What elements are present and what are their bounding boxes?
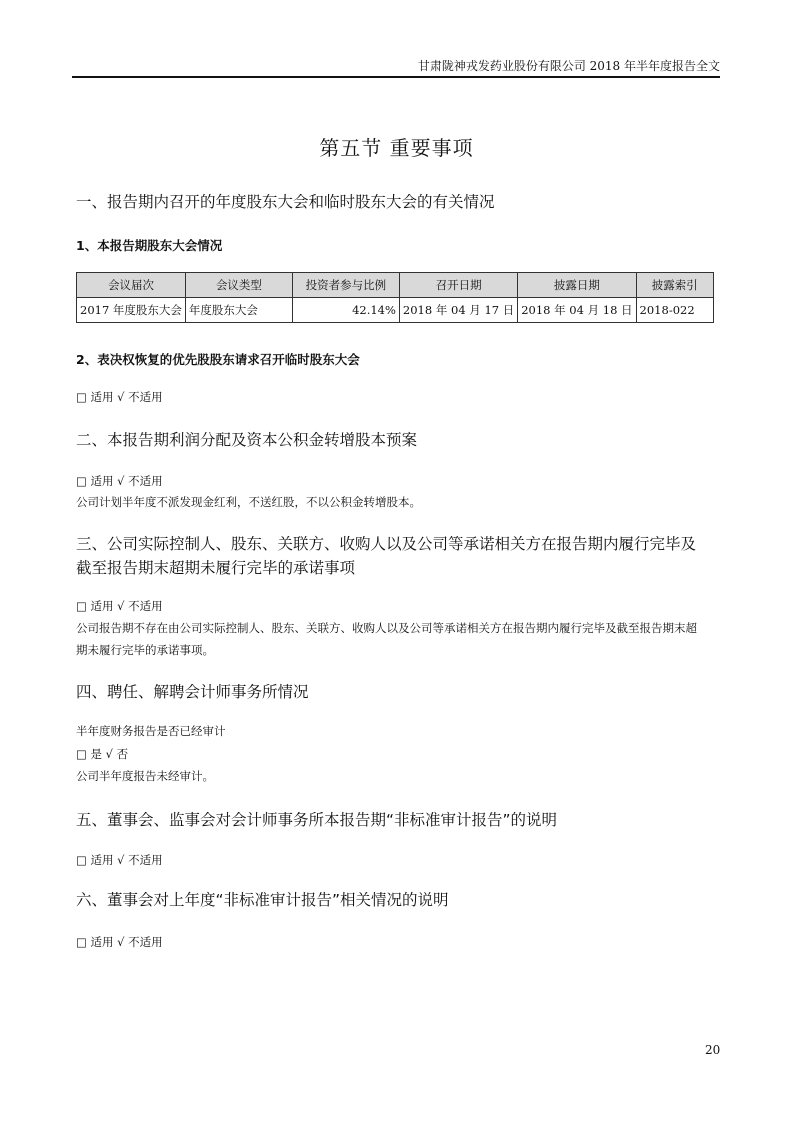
running-header: 甘肃陇神戎发药业股份有限公司 2018 年半年度报告全文 [72, 58, 720, 78]
table-header-row: 会议届次 会议类型 投资者参与比例 召开日期 披露日期 披露索引 [77, 273, 714, 298]
cell-held-date: 2018 年 04 月 17 日 [399, 298, 517, 323]
applicability-mark: □ 适用 √ 不适用 [76, 389, 720, 405]
audit-answer: □ 是 √ 否 [76, 746, 720, 762]
col-header: 召开日期 [399, 273, 517, 298]
section-2-text: 公司计划半年度不派发现金红利，不送红股，不以公积金转增股本。 [76, 494, 720, 510]
section-3-heading-line2: 截至报告期末超期未履行完毕的承诺事项 [76, 556, 720, 580]
cell-ratio: 42.14% [292, 298, 399, 323]
section-3-text-line2: 期未履行完毕的承诺事项。 [76, 642, 720, 658]
col-header: 投资者参与比例 [292, 273, 399, 298]
section-3-heading-line1: 三、公司实际控制人、股东、关联方、收购人以及公司等承诺相关方在报告期内履行完毕及 [76, 532, 720, 556]
col-header: 会议届次 [77, 273, 186, 298]
col-header: 披露索引 [636, 273, 713, 298]
col-header: 会议类型 [185, 273, 292, 298]
section-1-1-heading: 1、本报告期股东大会情况 [76, 236, 720, 254]
page-title: 第五节 重要事项 [0, 132, 793, 161]
cell-session: 2017 年度股东大会 [77, 298, 186, 323]
cell-disclosure-index: 2018-022 [636, 298, 713, 323]
cell-type: 年度股东大会 [185, 298, 292, 323]
page-number: 20 [705, 1043, 720, 1057]
applicability-mark: □ 适用 √ 不适用 [76, 852, 720, 868]
applicability-mark: □ 适用 √ 不适用 [76, 598, 720, 614]
shareholder-meeting-table: 会议届次 会议类型 投资者参与比例 召开日期 披露日期 披露索引 2017 年度… [76, 272, 714, 323]
col-header: 披露日期 [518, 273, 636, 298]
header-rule [72, 76, 720, 78]
cell-disclosure-date: 2018 年 04 月 18 日 [518, 298, 636, 323]
section-3-text-line1: 公司报告期不存在由公司实际控制人、股东、关联方、收购人以及公司等承诺相关方在报告… [76, 620, 720, 636]
section-4-text: 公司半年度报告未经审计。 [76, 768, 720, 784]
applicability-mark: □ 适用 √ 不适用 [76, 473, 720, 489]
audit-question: 半年度财务报告是否已经审计 [76, 723, 720, 739]
section-4-heading: 四、聘任、解聘会计师事务所情况 [76, 680, 720, 704]
section-2-heading: 二、本报告期利润分配及资本公积金转增股本预案 [76, 428, 720, 452]
table-row: 2017 年度股东大会 年度股东大会 42.14% 2018 年 04 月 17… [77, 298, 714, 323]
section-1-heading: 一、报告期内召开的年度股东大会和临时股东大会的有关情况 [76, 190, 720, 214]
section-6-heading: 六、董事会对上年度“非标准审计报告”相关情况的说明 [76, 888, 720, 912]
applicability-mark: □ 适用 √ 不适用 [76, 934, 720, 950]
section-5-heading: 五、董事会、监事会对会计师事务所本报告期“非标准审计报告”的说明 [76, 808, 720, 832]
section-1-2-heading: 2、表决权恢复的优先股股东请求召开临时股东大会 [76, 350, 720, 368]
